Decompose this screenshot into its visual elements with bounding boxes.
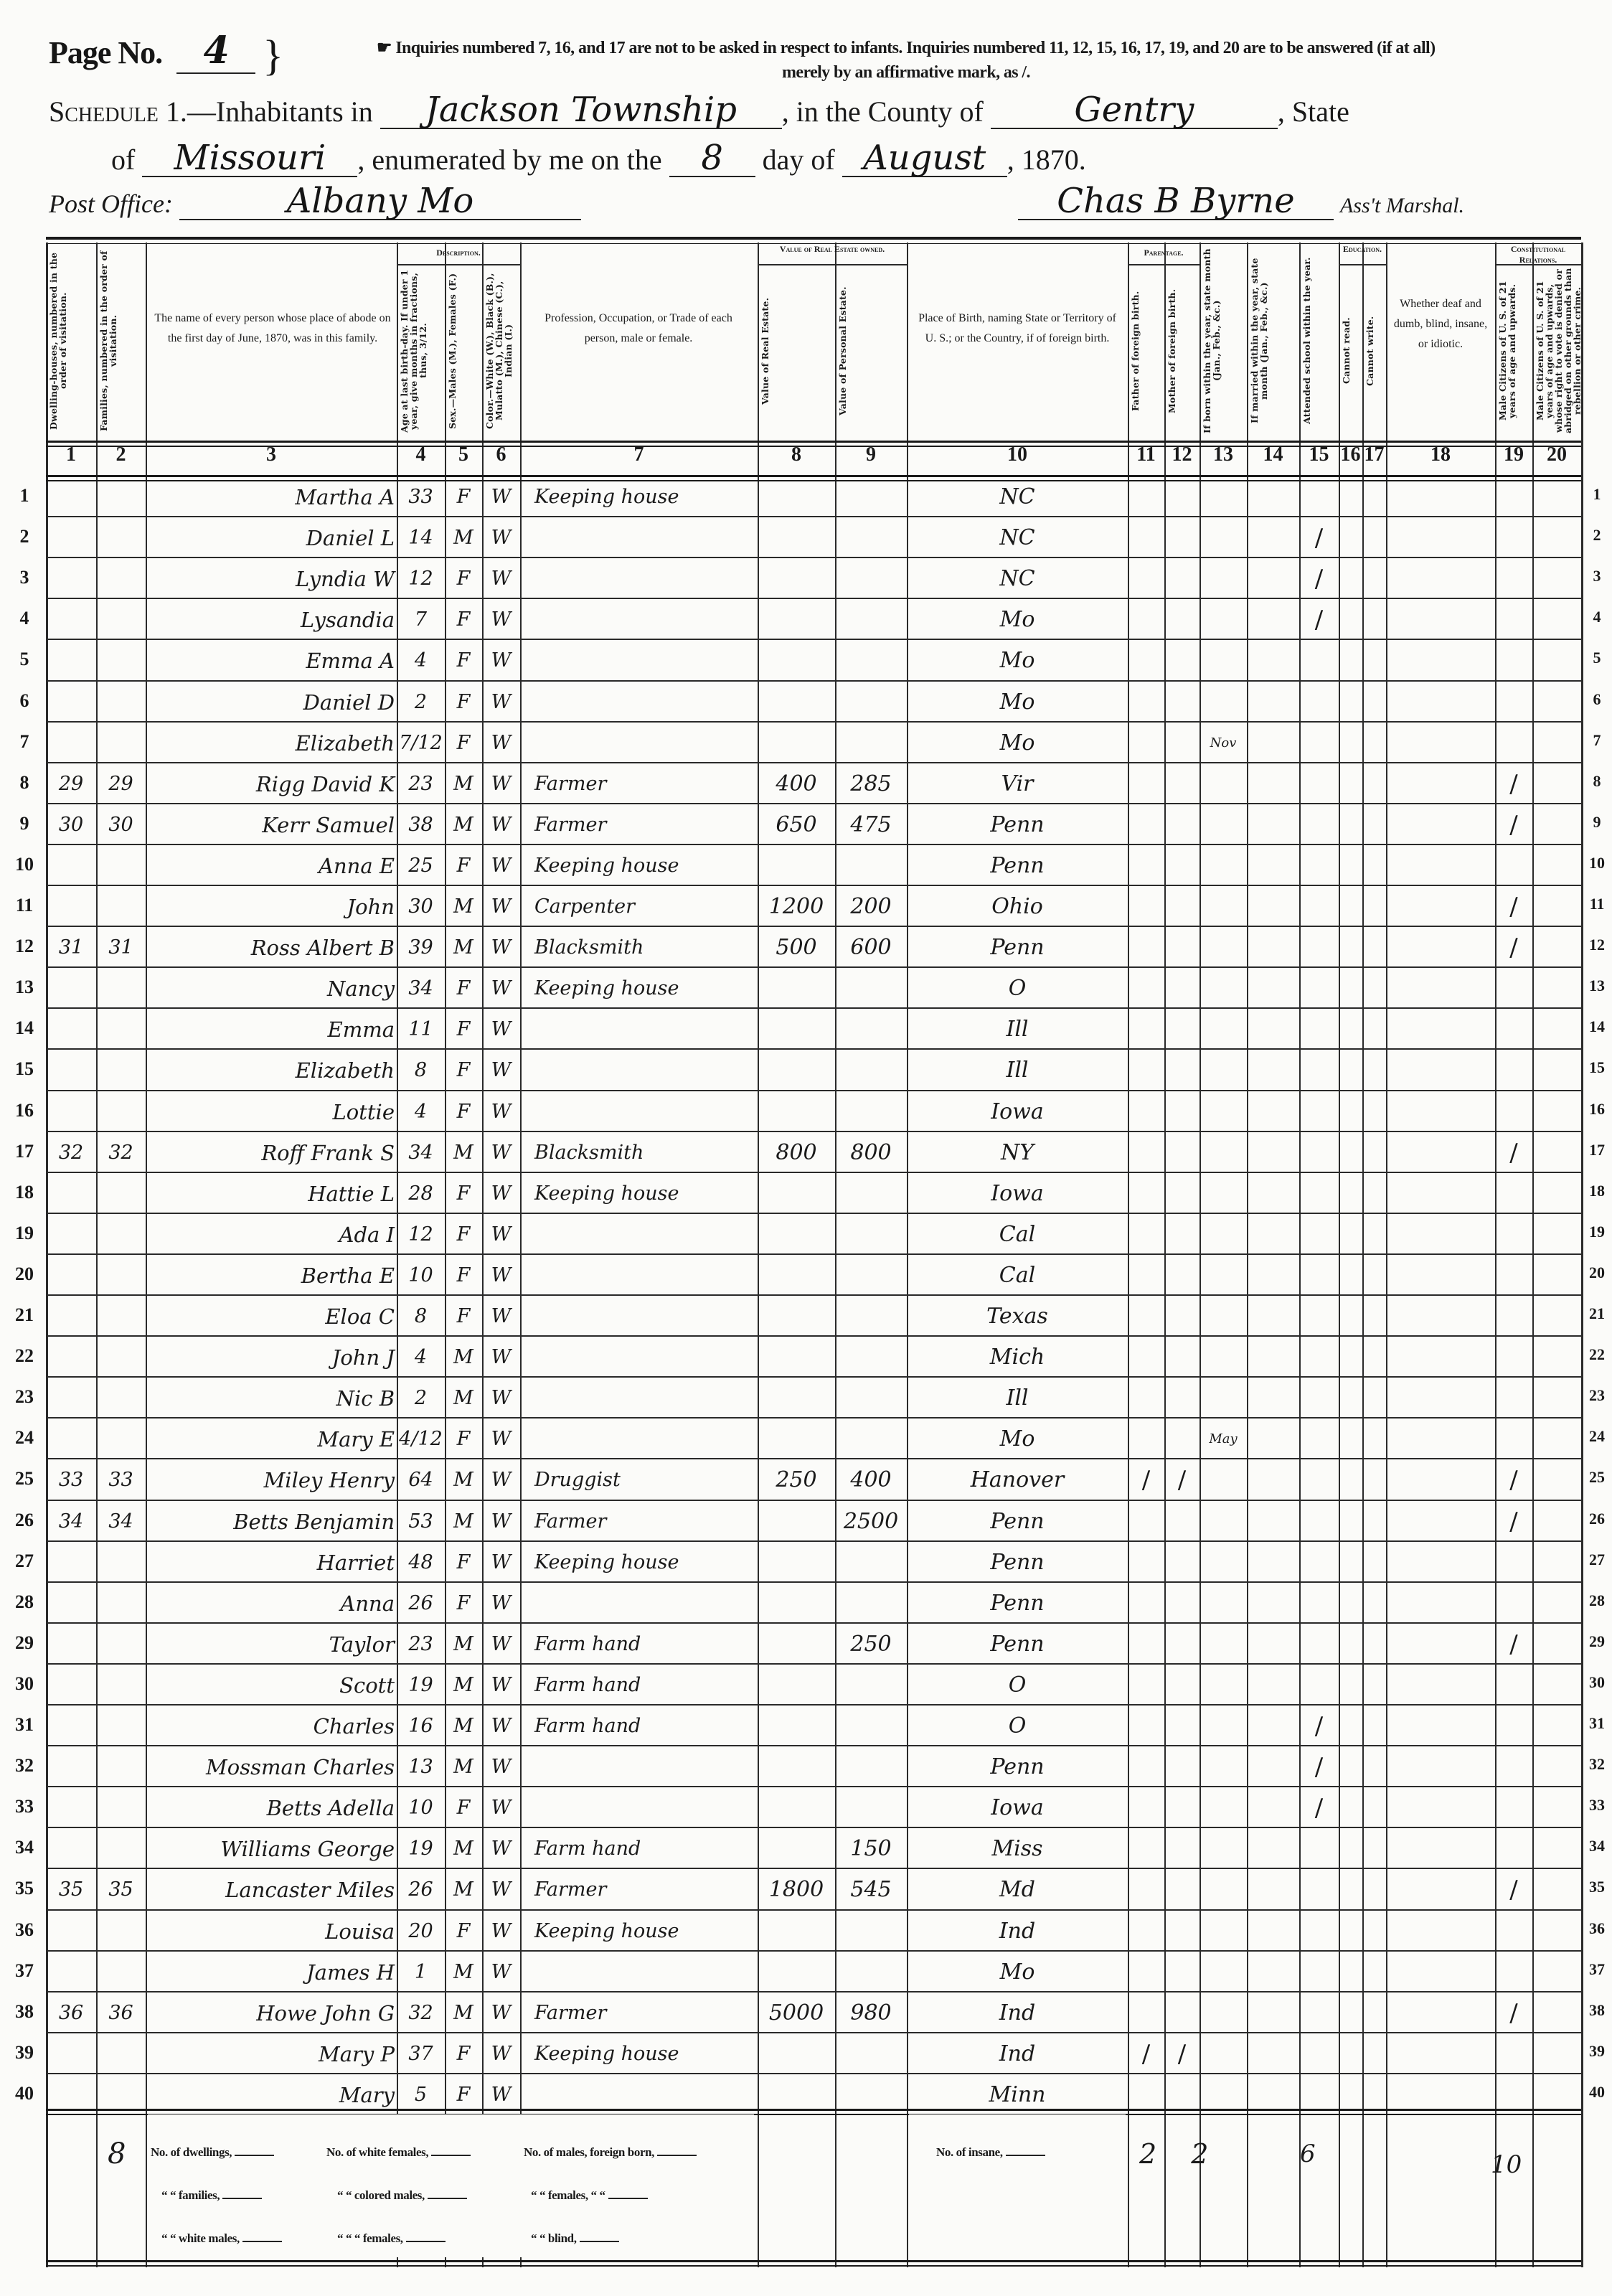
column-number: 16 bbox=[1339, 443, 1362, 466]
cell-name: Ada I bbox=[148, 1223, 395, 1247]
row-number-left: 39 bbox=[10, 2042, 39, 2064]
row-number-left: 40 bbox=[10, 2083, 39, 2104]
row-rule bbox=[46, 1622, 1581, 1624]
row-rule bbox=[46, 1172, 1581, 1173]
cell-name: Hattie L bbox=[148, 1182, 395, 1206]
cell-sex: M bbox=[447, 936, 480, 960]
row-number-left: 16 bbox=[10, 1100, 39, 1121]
cell-age: 23 bbox=[399, 772, 443, 796]
column-divider bbox=[1339, 243, 1340, 2267]
cell-born-month: Nov bbox=[1202, 731, 1245, 756]
column-number-rule bbox=[46, 475, 1581, 481]
row-number-right: 6 bbox=[1583, 690, 1611, 709]
cell-birthplace: Cal bbox=[909, 1264, 1126, 1288]
row-number-left: 33 bbox=[10, 1796, 39, 1817]
cell-age: 16 bbox=[399, 1714, 443, 1739]
row-number-right: 5 bbox=[1583, 649, 1611, 667]
row-number-left: 35 bbox=[10, 1878, 39, 1899]
cell-personal-estate: 400 bbox=[837, 1468, 905, 1492]
row-number-right: 12 bbox=[1583, 936, 1611, 954]
marshal-signature: Chas B Byrne bbox=[1018, 183, 1334, 220]
row-number-left: 7 bbox=[10, 731, 39, 753]
row-rule bbox=[46, 1991, 1581, 1992]
column-divider bbox=[1495, 243, 1496, 2267]
footer-females-foreign: “ “ females, “ “ bbox=[531, 2188, 648, 2203]
cell-name: Scott bbox=[148, 1673, 395, 1698]
footer-colored-females-blank bbox=[406, 2241, 446, 2242]
state-field: Missouri bbox=[142, 140, 357, 177]
cell-personal-estate: 200 bbox=[837, 895, 905, 919]
cell-color: W bbox=[484, 2083, 518, 2107]
cell-color: W bbox=[484, 1468, 518, 1492]
cell-occupation: Keeping house bbox=[534, 1182, 768, 1206]
column-number: 3 bbox=[146, 443, 397, 466]
row-rule bbox=[46, 1458, 1581, 1459]
cell-name: Howe John G bbox=[148, 2001, 395, 2026]
cell-color: W bbox=[484, 1673, 518, 1698]
row-number-left: 12 bbox=[10, 936, 39, 957]
row-rule bbox=[46, 598, 1581, 599]
row-number-right: 9 bbox=[1583, 813, 1611, 832]
cell-birthplace: Minn bbox=[909, 2083, 1126, 2107]
cell-age: 64 bbox=[399, 1468, 443, 1492]
cell-born-month: May bbox=[1202, 1427, 1245, 1452]
row-number-right: 38 bbox=[1583, 2001, 1611, 2020]
row-number-right: 23 bbox=[1583, 1386, 1611, 1405]
cell-birthplace: Ill bbox=[909, 1058, 1126, 1083]
cell-birthplace: Penn bbox=[909, 854, 1126, 878]
cell-name: Elizabeth bbox=[148, 731, 395, 756]
cell-age: 4/12 bbox=[399, 1427, 443, 1452]
cell-age: 39 bbox=[399, 936, 443, 960]
cell-birthplace: Iowa bbox=[909, 1100, 1126, 1124]
instructions-line-2: merely by an affirmative mark, as /. bbox=[377, 60, 1589, 85]
cell-color: W bbox=[484, 1223, 518, 1247]
schedule-line: Schedule 1.—Inhabitants in Jackson Towns… bbox=[49, 92, 1349, 129]
cell-name: Bertha E bbox=[148, 1264, 395, 1288]
cell-personal-estate: 800 bbox=[837, 1141, 905, 1165]
cell-family: 29 bbox=[98, 772, 143, 796]
cell-sex: M bbox=[447, 1714, 480, 1739]
cell-mother-foreign: / bbox=[1166, 1468, 1197, 1492]
cell-birthplace: Mo bbox=[909, 1427, 1126, 1452]
row-number-left: 27 bbox=[10, 1551, 39, 1572]
cell-citizen: / bbox=[1497, 813, 1530, 837]
row-number-right: 14 bbox=[1583, 1017, 1611, 1036]
column-number: 17 bbox=[1362, 443, 1386, 466]
cell-birthplace: NC bbox=[909, 567, 1126, 591]
row-number-right: 40 bbox=[1583, 2083, 1611, 2102]
row-number-left: 32 bbox=[10, 1755, 39, 1777]
cell-color: W bbox=[484, 1304, 518, 1329]
cell-sex: F bbox=[447, 1100, 480, 1124]
cell-name: Roff Frank S bbox=[148, 1141, 395, 1165]
row-number-left: 1 bbox=[10, 485, 39, 507]
cell-mother-foreign: / bbox=[1166, 2042, 1197, 2066]
cell-birthplace: NC bbox=[909, 526, 1126, 550]
header-name: The name of every person whose place of … bbox=[154, 309, 391, 349]
cell-sex: F bbox=[447, 731, 480, 756]
header-deaf-blind: Whether deaf and dumb, blind, insane, or… bbox=[1392, 294, 1489, 354]
cell-name: Harriet bbox=[148, 1551, 395, 1575]
cell-citizen: / bbox=[1497, 895, 1530, 919]
footer-white-males-label: “ “ white males, bbox=[161, 2231, 240, 2245]
cell-family: 32 bbox=[98, 1141, 143, 1165]
cell-sex: F bbox=[447, 977, 480, 1001]
row-number-right: 32 bbox=[1583, 1755, 1611, 1774]
cell-age: 48 bbox=[399, 1551, 443, 1575]
row-number-left: 13 bbox=[10, 977, 39, 998]
cell-personal-estate: 475 bbox=[837, 813, 905, 837]
column-number: 11 bbox=[1128, 443, 1164, 466]
row-number-right: 19 bbox=[1583, 1223, 1611, 1241]
row-number-left: 14 bbox=[10, 1017, 39, 1039]
cell-sex: M bbox=[447, 1510, 480, 1534]
row-rule bbox=[46, 1868, 1581, 1869]
row-rule bbox=[46, 639, 1581, 640]
cell-color: W bbox=[484, 1141, 518, 1165]
row-number-left: 3 bbox=[10, 567, 39, 588]
footer-families-label: “ “ families, bbox=[161, 2188, 220, 2202]
column-divider bbox=[1362, 243, 1364, 2267]
cell-dwelling: 36 bbox=[48, 2001, 94, 2026]
row-number-left: 31 bbox=[10, 1714, 39, 1736]
cell-name: Mary E bbox=[148, 1427, 395, 1452]
row-number-left: 4 bbox=[10, 608, 39, 629]
cell-color: W bbox=[484, 1017, 518, 1042]
cell-birthplace: NY bbox=[909, 1141, 1126, 1165]
cell-dwelling: 31 bbox=[48, 936, 94, 960]
cell-age: 26 bbox=[399, 1591, 443, 1616]
row-number-right: 39 bbox=[1583, 2042, 1611, 2061]
cell-age: 32 bbox=[399, 2001, 443, 2026]
footer-dwellings-label: No. of dwellings, bbox=[151, 2145, 232, 2159]
page-number-label: Page No. 4 } bbox=[49, 29, 283, 80]
cell-name: James H bbox=[148, 1960, 395, 1985]
cell-name: Charles bbox=[148, 1714, 395, 1739]
cell-sex: F bbox=[447, 608, 480, 632]
cell-name: Lyndia W bbox=[148, 567, 395, 591]
column-divider bbox=[1164, 243, 1166, 2267]
cell-age: 20 bbox=[399, 1919, 443, 1944]
post-office-field: Albany Mo bbox=[179, 183, 581, 220]
row-number-right: 24 bbox=[1583, 1427, 1611, 1446]
column-number: 15 bbox=[1299, 443, 1339, 466]
cell-sex: M bbox=[447, 813, 480, 837]
row-number-left: 29 bbox=[10, 1632, 39, 1654]
cell-age: 19 bbox=[399, 1837, 443, 1861]
row-rule bbox=[46, 1294, 1581, 1296]
cell-citizen: / bbox=[1497, 1510, 1530, 1534]
row-rule bbox=[46, 557, 1581, 558]
column-divider bbox=[1386, 243, 1387, 2267]
cell-sex: F bbox=[447, 1591, 480, 1616]
row-number-right: 4 bbox=[1583, 608, 1611, 626]
row-number-left: 18 bbox=[10, 1182, 39, 1203]
cell-family: 31 bbox=[98, 936, 143, 960]
row-rule bbox=[46, 2032, 1581, 2033]
column-number: 4 bbox=[397, 443, 445, 466]
cell-personal-estate: 250 bbox=[837, 1632, 905, 1657]
cell-family: 36 bbox=[98, 2001, 143, 2026]
row-rule bbox=[46, 1376, 1581, 1378]
group-rule bbox=[758, 264, 907, 265]
row-number-right: 33 bbox=[1583, 1796, 1611, 1815]
cell-real-estate: 1200 bbox=[760, 895, 833, 919]
page-number: 4 bbox=[176, 29, 255, 74]
cell-birthplace: Penn bbox=[909, 1755, 1126, 1779]
row-rule bbox=[46, 1540, 1581, 1542]
row-number-left: 34 bbox=[10, 1837, 39, 1858]
cell-birthplace: Mo bbox=[909, 649, 1126, 673]
cell-birthplace: Ill bbox=[909, 1386, 1126, 1411]
cell-age: 37 bbox=[399, 2042, 443, 2066]
cell-birthplace: Mo bbox=[909, 690, 1126, 715]
cell-school: / bbox=[1301, 567, 1337, 591]
column-divider bbox=[835, 243, 836, 2267]
row-rule bbox=[46, 680, 1581, 682]
cell-name: Elizabeth bbox=[148, 1058, 395, 1083]
cell-real-estate: 1800 bbox=[760, 1878, 833, 1902]
header-c16: Cannot read. bbox=[1342, 267, 1359, 435]
cell-family: 33 bbox=[98, 1468, 143, 1492]
cell-age: 5 bbox=[399, 2083, 443, 2107]
header-birthplace: Place of Birth, naming State or Territor… bbox=[913, 309, 1122, 349]
column-divider bbox=[1532, 243, 1534, 2267]
column-divider bbox=[482, 243, 484, 2267]
cell-dwelling: 32 bbox=[48, 1141, 94, 1165]
cell-sex: F bbox=[447, 690, 480, 715]
row-number-left: 30 bbox=[10, 1673, 39, 1695]
cell-color: W bbox=[484, 1386, 518, 1411]
cell-color: W bbox=[484, 1345, 518, 1370]
header-c19: Male Citizens of U. S. of 21 years of ag… bbox=[1498, 267, 1529, 435]
cell-birthplace: Md bbox=[909, 1878, 1126, 1902]
row-number-left: 22 bbox=[10, 1345, 39, 1367]
row-rule bbox=[46, 1500, 1581, 1501]
footer-school-total: 6 bbox=[1300, 2142, 1316, 2166]
row-number-left: 8 bbox=[10, 772, 39, 794]
column-number: 7 bbox=[520, 443, 758, 466]
cell-color: W bbox=[484, 1837, 518, 1861]
cell-birthplace: O bbox=[909, 977, 1126, 1001]
group-parentage: Parentage. bbox=[1128, 248, 1199, 258]
cell-age: 11 bbox=[399, 1017, 443, 1042]
state-date-line: of Missouri, enumerated by me on the 8 d… bbox=[111, 140, 1086, 177]
cell-occupation: Farmer bbox=[534, 1510, 768, 1534]
row-number-right: 21 bbox=[1583, 1304, 1611, 1323]
state-label: , State bbox=[1278, 95, 1349, 128]
cell-age: 10 bbox=[399, 1264, 443, 1288]
cell-family: 35 bbox=[98, 1878, 143, 1902]
township-field: Jackson Township bbox=[380, 92, 782, 129]
footer-blind-blank bbox=[580, 2241, 619, 2242]
cell-sex: F bbox=[447, 1919, 480, 1944]
cell-color: W bbox=[484, 772, 518, 796]
cell-age: 2 bbox=[399, 1386, 443, 1411]
cell-birthplace: Hanover bbox=[909, 1468, 1126, 1492]
row-number-right: 29 bbox=[1583, 1632, 1611, 1651]
cell-age: 8 bbox=[399, 1304, 443, 1329]
cell-birthplace: O bbox=[909, 1673, 1126, 1698]
column-number: 14 bbox=[1247, 443, 1299, 466]
cell-name: Lysandia bbox=[148, 608, 395, 632]
row-number-left: 23 bbox=[10, 1386, 39, 1408]
instructions: ☛ Inquiries numbered 7, 16, and 17 are n… bbox=[377, 36, 1589, 85]
row-number-right: 30 bbox=[1583, 1673, 1611, 1692]
cell-name: Betts Benjamin bbox=[148, 1510, 395, 1534]
cell-sex: M bbox=[447, 1837, 480, 1861]
county-field: Gentry bbox=[991, 92, 1278, 129]
header-c14: If married within the year, state month … bbox=[1250, 247, 1296, 435]
cell-birthplace: Mo bbox=[909, 608, 1126, 632]
cell-color: W bbox=[484, 485, 518, 509]
cell-citizen: / bbox=[1497, 1632, 1530, 1657]
marshal-label: Ass't Marshal. bbox=[1340, 194, 1464, 217]
cell-color: W bbox=[484, 2042, 518, 2066]
cell-name: Ross Albert B bbox=[148, 936, 395, 960]
cell-name: Betts Adella bbox=[148, 1796, 395, 1820]
cell-school: / bbox=[1301, 526, 1337, 550]
cell-color: W bbox=[484, 1591, 518, 1616]
cell-sex: F bbox=[447, 2042, 480, 2066]
cell-birthplace: O bbox=[909, 1714, 1126, 1739]
cell-name: Emma bbox=[148, 1017, 395, 1042]
schedule-label: Schedule 1. bbox=[49, 95, 187, 128]
cell-name: Emma A bbox=[148, 649, 395, 673]
cell-personal-estate: 980 bbox=[837, 2001, 905, 2026]
row-number-right: 26 bbox=[1583, 1510, 1611, 1528]
row-number-left: 26 bbox=[10, 1510, 39, 1531]
cell-school: / bbox=[1301, 1796, 1337, 1820]
footer-white-females: No. of white females, bbox=[326, 2145, 471, 2160]
cell-age: 7 bbox=[399, 608, 443, 632]
cell-name: Daniel L bbox=[148, 526, 395, 550]
header-c5: Sex.—Males (M.), Females (F.) bbox=[448, 267, 479, 435]
row-number-left: 10 bbox=[10, 854, 39, 875]
cell-school: / bbox=[1301, 608, 1337, 632]
column-number: 6 bbox=[482, 443, 520, 466]
footer-females-foreign-label: “ “ females, “ “ bbox=[531, 2188, 605, 2202]
footer-tally-mark: 8 bbox=[108, 2142, 126, 2166]
column-divider bbox=[146, 243, 147, 2267]
cell-birthplace: Ind bbox=[909, 2042, 1126, 2066]
group-education: Education. bbox=[1339, 244, 1386, 255]
post-office-line: Post Office: Albany Mo Chas B Byrne Ass'… bbox=[49, 183, 1464, 220]
cell-sex: F bbox=[447, 1796, 480, 1820]
row-number-left: 19 bbox=[10, 1223, 39, 1244]
footer-colored-males: “ “ colored males, bbox=[337, 2188, 467, 2203]
cell-birthplace: Ill bbox=[909, 1017, 1126, 1042]
cell-name: Eloa C bbox=[148, 1304, 395, 1329]
cell-age: 2 bbox=[399, 690, 443, 715]
cell-sex: M bbox=[447, 1878, 480, 1902]
row-number-left: 9 bbox=[10, 813, 39, 834]
of-label: of bbox=[111, 143, 135, 176]
footer-colored-females-label: “ “ “ females, bbox=[337, 2231, 403, 2245]
header-c8: Value of Real Estate. bbox=[760, 267, 832, 435]
cell-occupation: Keeping house bbox=[534, 1551, 768, 1575]
cell-name: Mary bbox=[148, 2083, 395, 2107]
row-number-left: 25 bbox=[10, 1468, 39, 1490]
header-c13: If born within the year, state month (Ja… bbox=[1202, 247, 1244, 435]
row-rule bbox=[46, 885, 1581, 886]
cell-birthplace: Vir bbox=[909, 772, 1126, 796]
cell-occupation: Farm hand bbox=[534, 1673, 768, 1698]
row-number-left: 20 bbox=[10, 1264, 39, 1285]
cell-color: W bbox=[484, 1755, 518, 1779]
footer-males-foreign-label: No. of males, foreign born, bbox=[524, 2145, 654, 2159]
row-number-left: 5 bbox=[10, 649, 39, 670]
cell-father-foreign: / bbox=[1130, 2042, 1162, 2066]
cell-birthplace: Penn bbox=[909, 1632, 1126, 1657]
cell-sex: F bbox=[447, 567, 480, 591]
cell-birthplace: Penn bbox=[909, 1591, 1126, 1616]
cell-color: W bbox=[484, 1100, 518, 1124]
cell-sex: F bbox=[447, 1551, 480, 1575]
cell-occupation: Carpenter bbox=[534, 895, 768, 919]
footer-bottom-rule bbox=[46, 2260, 1581, 2267]
footer-colored-females: “ “ “ females, bbox=[337, 2231, 446, 2246]
cell-occupation: Keeping house bbox=[534, 854, 768, 878]
footer-insane-blank bbox=[1006, 2155, 1045, 2156]
row-number-right: 27 bbox=[1583, 1551, 1611, 1569]
row-number-right: 3 bbox=[1583, 567, 1611, 585]
cell-citizen: / bbox=[1497, 2001, 1530, 2026]
row-number-left: 38 bbox=[10, 2001, 39, 2023]
cell-occupation: Blacksmith bbox=[534, 936, 768, 960]
group-description: Description. bbox=[397, 248, 520, 258]
cell-sex: M bbox=[447, 1960, 480, 1985]
cell-occupation: Farm hand bbox=[534, 1837, 768, 1861]
cell-name: Martha A bbox=[148, 485, 395, 509]
row-number-right: 2 bbox=[1583, 526, 1611, 545]
cell-occupation: Farmer bbox=[534, 772, 768, 796]
header-c6: Color.—White (W.), Black (B.), Mulatto (… bbox=[485, 267, 517, 435]
cell-birthplace: Mich bbox=[909, 1345, 1126, 1370]
cell-occupation: Blacksmith bbox=[534, 1141, 768, 1165]
cell-occupation: Keeping house bbox=[534, 977, 768, 1001]
cell-age: 8 bbox=[399, 1058, 443, 1083]
row-rule bbox=[46, 1090, 1581, 1091]
cell-sex: M bbox=[447, 1345, 480, 1370]
cell-color: W bbox=[484, 1960, 518, 1985]
cell-birthplace: Mo bbox=[909, 731, 1126, 756]
row-number-right: 35 bbox=[1583, 1878, 1611, 1896]
row-number-right: 11 bbox=[1583, 895, 1611, 913]
cell-age: 34 bbox=[399, 977, 443, 1001]
group-rule bbox=[1339, 264, 1386, 265]
cell-sex: M bbox=[447, 2001, 480, 2026]
cell-sex: F bbox=[447, 485, 480, 509]
cell-color: W bbox=[484, 1714, 518, 1739]
row-rule bbox=[46, 1007, 1581, 1009]
footer-families-blank bbox=[222, 2198, 262, 2199]
cell-age: 4 bbox=[399, 649, 443, 673]
cell-sex: F bbox=[447, 1017, 480, 1042]
cell-occupation: Farmer bbox=[534, 813, 768, 837]
cell-father-foreign: / bbox=[1130, 1468, 1162, 1492]
row-number-right: 36 bbox=[1583, 1919, 1611, 1938]
page-label: Page No. bbox=[49, 35, 162, 70]
cell-sex: M bbox=[447, 1141, 480, 1165]
row-number-right: 34 bbox=[1583, 1837, 1611, 1855]
cell-occupation: Keeping house bbox=[534, 485, 768, 509]
column-divider bbox=[46, 243, 48, 2267]
row-rule bbox=[46, 516, 1581, 517]
row-number-left: 15 bbox=[10, 1058, 39, 1080]
cell-age: 12 bbox=[399, 567, 443, 591]
